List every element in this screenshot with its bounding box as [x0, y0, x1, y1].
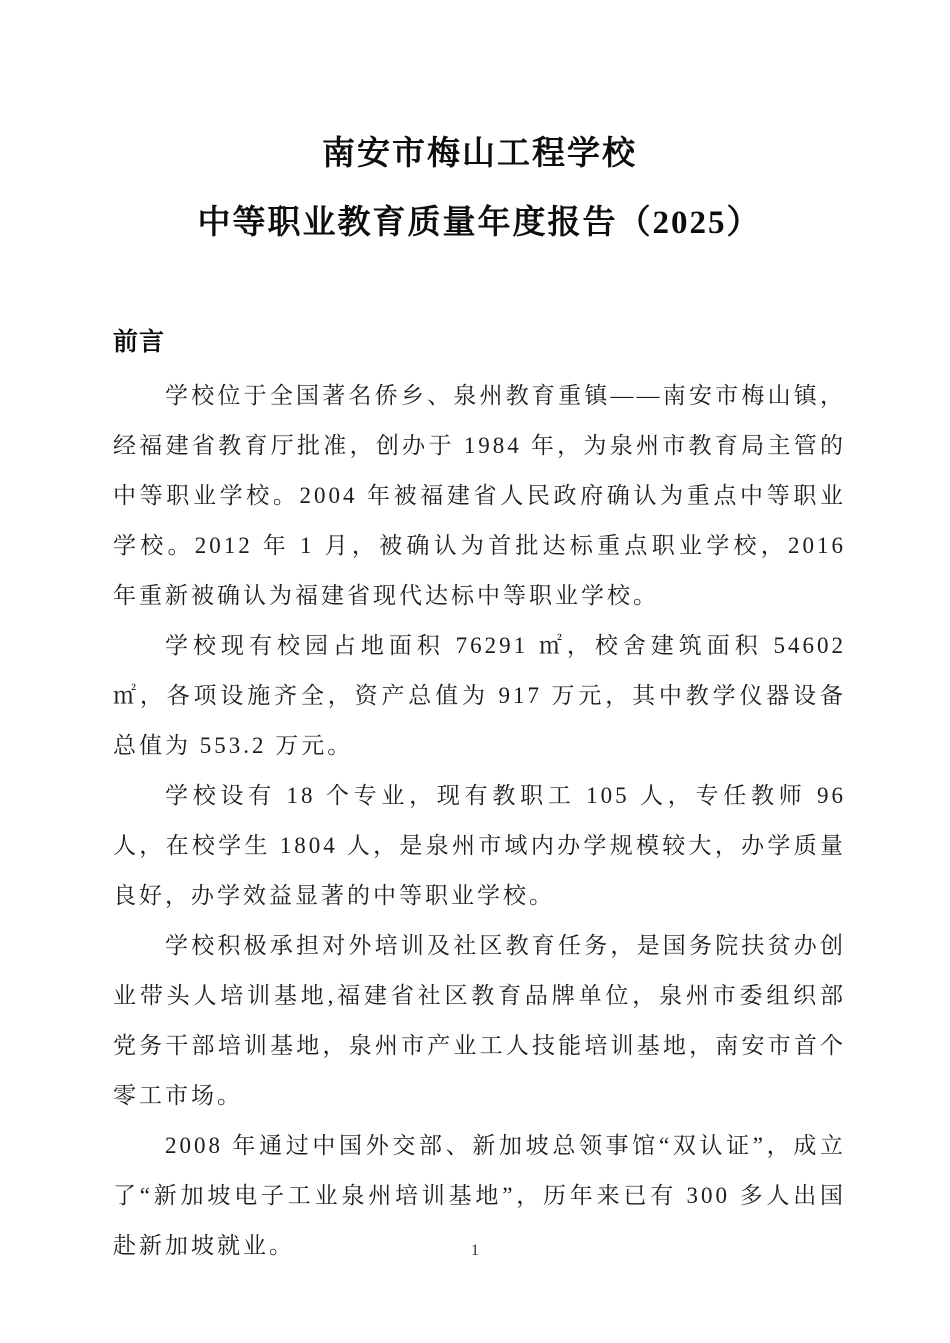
document-page: 南安市梅山工程学校 中等职业教育质量年度报告（2025） 前言 学校位于全国著名…: [0, 0, 950, 1343]
document-title-line-1: 南安市梅山工程学校: [113, 133, 846, 175]
document-title-line-2: 中等职业教育质量年度报告（2025）: [113, 202, 846, 244]
paragraph-training-bases: 学校积极承担对外培训及社区教育任务，是国务院扶贫办创业带头人培训基地,福建省社区…: [113, 921, 846, 1121]
paragraph-majors-staff-students: 学校设有 18 个专业，现有教职工 105 人，专任教师 96 人，在校学生 1…: [113, 771, 846, 921]
paragraph-school-location-history: 学校位于全国著名侨乡、泉州教育重镇——南安市梅山镇，经福建省教育厅批准，创办于 …: [113, 371, 846, 621]
preface-body: 学校位于全国著名侨乡、泉州教育重镇——南安市梅山镇，经福建省教育厅批准，创办于 …: [113, 371, 846, 1271]
document-content: 南安市梅山工程学校 中等职业教育质量年度报告（2025） 前言 学校位于全国著名…: [0, 133, 950, 1271]
page-number: 1: [0, 1241, 950, 1261]
section-heading-preface: 前言: [113, 326, 846, 358]
paragraph-campus-area-assets: 学校现有校园占地面积 76291 ㎡，校舍建筑面积 54602 ㎡，各项设施齐全…: [113, 621, 846, 771]
